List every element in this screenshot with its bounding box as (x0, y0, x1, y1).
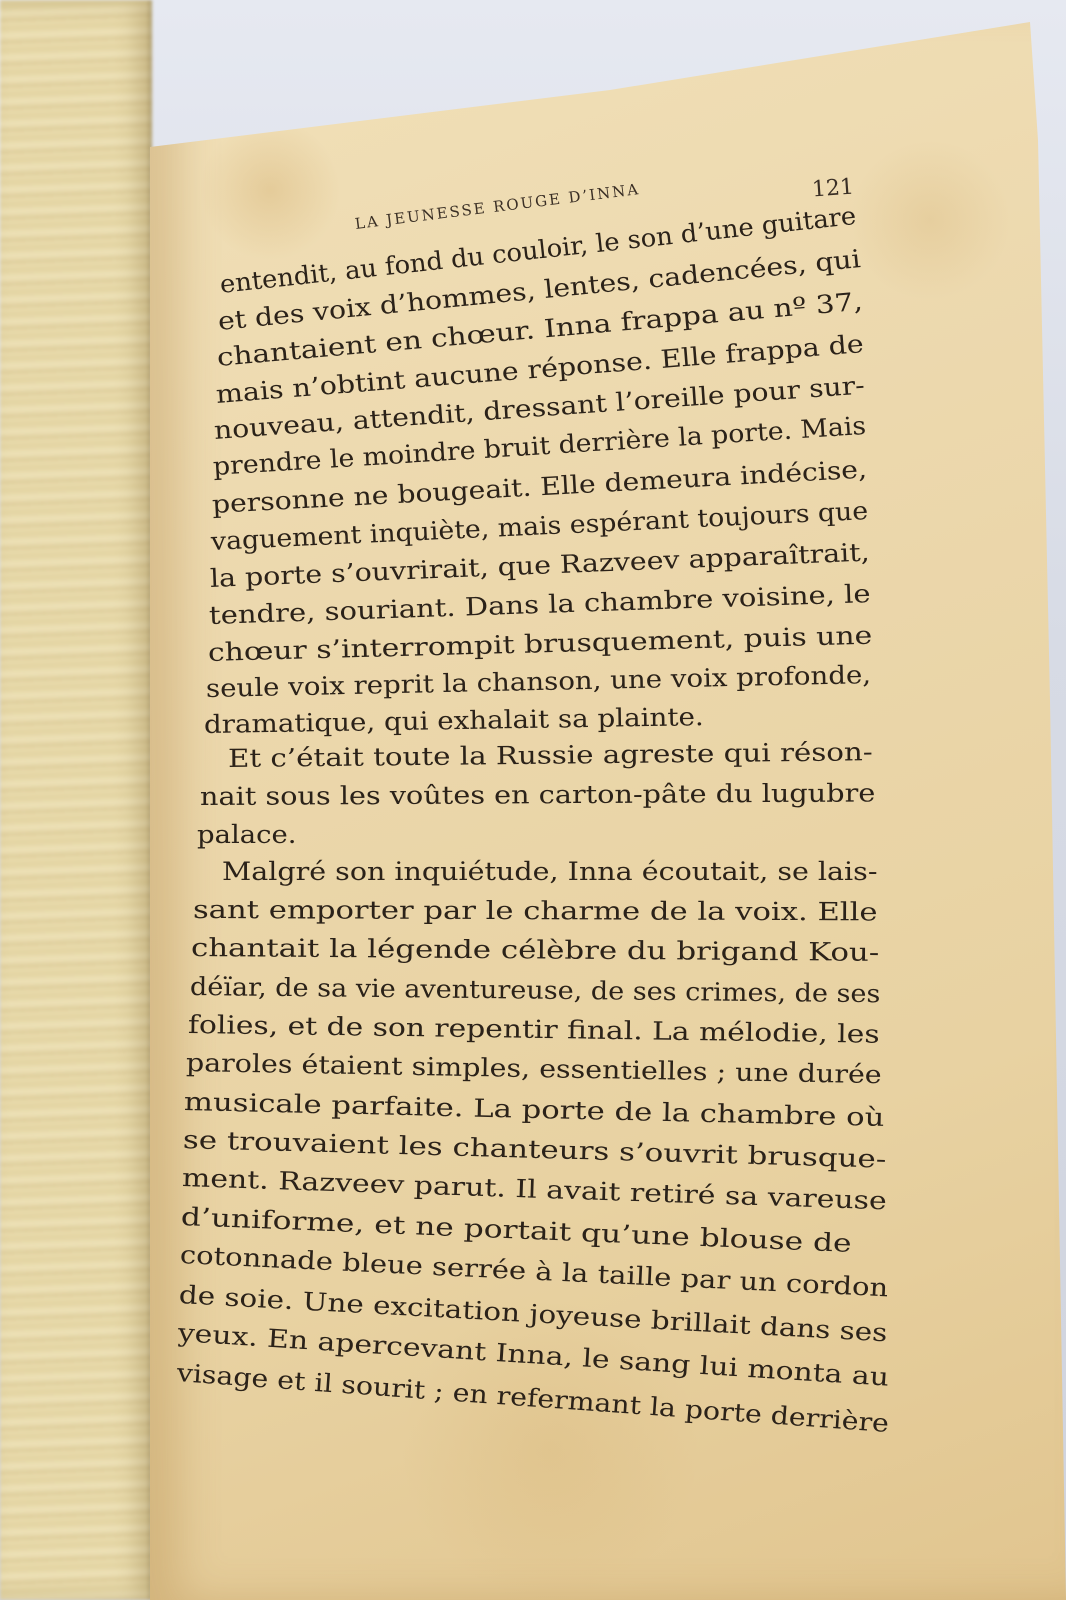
left-page-blurred (0, 0, 152, 1600)
text-line: Malgré son inquiétude, Inna écoutait, se… (222, 857, 877, 886)
page-number: 121 (811, 175, 855, 203)
text-line: palace. (197, 820, 297, 849)
text-line: sant emporter par le charme de la voix. … (193, 895, 878, 926)
text-line: chantait la légende célèbre du brigand K… (191, 933, 879, 967)
text-line: nait sous les voûtes en carton-pâte du l… (200, 778, 875, 811)
